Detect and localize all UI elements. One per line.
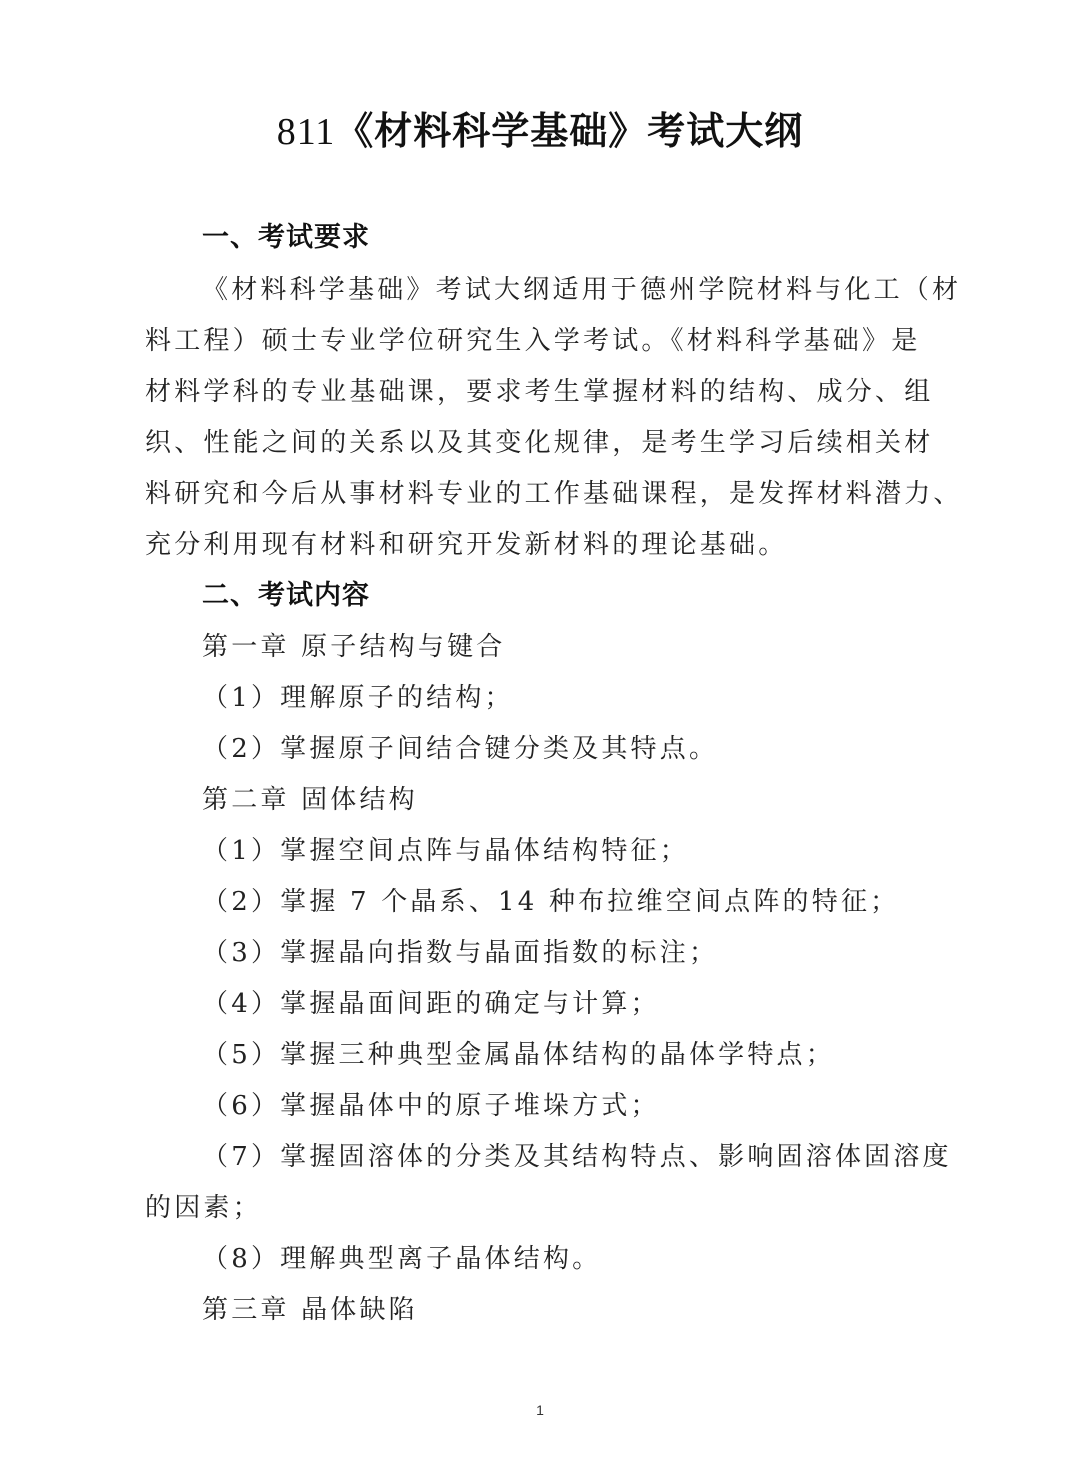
paragraph-line: 充分利用现有材料和研究开发新材料的理论基础。 [145, 525, 787, 565]
section-heading-requirements: 一、考试要求 [202, 218, 370, 258]
list-item: （2）掌握 7 个晶系、14 种布拉维空间点阵的特征； [202, 882, 899, 922]
page-number: 1 [0, 1402, 1080, 1418]
chapter-title: 第三章 晶体缺陷 [202, 1290, 418, 1330]
list-item: （5）掌握三种典型金属晶体结构的晶体学特点； [202, 1035, 835, 1075]
list-item: （1）掌握空间点阵与晶体结构特征； [202, 831, 689, 871]
title-course-code: 811 [277, 111, 336, 153]
chapter-title: 第一章 原子结构与键合 [202, 627, 505, 667]
list-item: （1）理解原子的结构； [202, 678, 514, 718]
chapter-title: 第二章 固体结构 [202, 780, 418, 820]
paragraph-line: 料研究和今后从事材料专业的工作基础课程，是发挥材料潜力、 [145, 474, 963, 514]
list-item-continuation: 的因素； [145, 1188, 262, 1228]
paragraph-line: 料工程）硕士专业学位研究生入学考试。《材料科学基础》是 [145, 321, 920, 361]
list-item: （4）掌握晶面间距的确定与计算； [202, 984, 660, 1024]
paragraph-line: 材料学科的专业基础课，要求考生掌握材料的结构、成分、组 [145, 372, 933, 412]
list-item: （7）掌握固溶体的分类及其结构特点、影响固溶体固溶度 [202, 1137, 952, 1177]
paragraph-line: 《材料科学基础》考试大纲适用于德州学院材料与化工（材 [202, 270, 961, 310]
list-item: （3）掌握晶向指数与晶面指数的标注； [202, 933, 718, 973]
title-course-name: 《材料科学基础》考试大纲 [335, 111, 803, 153]
document-title: 811《材料科学基础》考试大纲 [0, 104, 1080, 160]
document-page: 811《材料科学基础》考试大纲 一、考试要求 《材料科学基础》考试大纲适用于德州… [0, 0, 1080, 1474]
paragraph-line: 织、性能之间的关系以及其变化规律，是考生学习后续相关材 [145, 423, 933, 463]
list-item: （6）掌握晶体中的原子堆垛方式； [202, 1086, 660, 1126]
list-item: （2）掌握原子间结合键分类及其特点。 [202, 729, 718, 769]
list-item: （8）理解典型离子晶体结构。 [202, 1239, 601, 1279]
section-heading-content: 二、考试内容 [202, 576, 370, 616]
